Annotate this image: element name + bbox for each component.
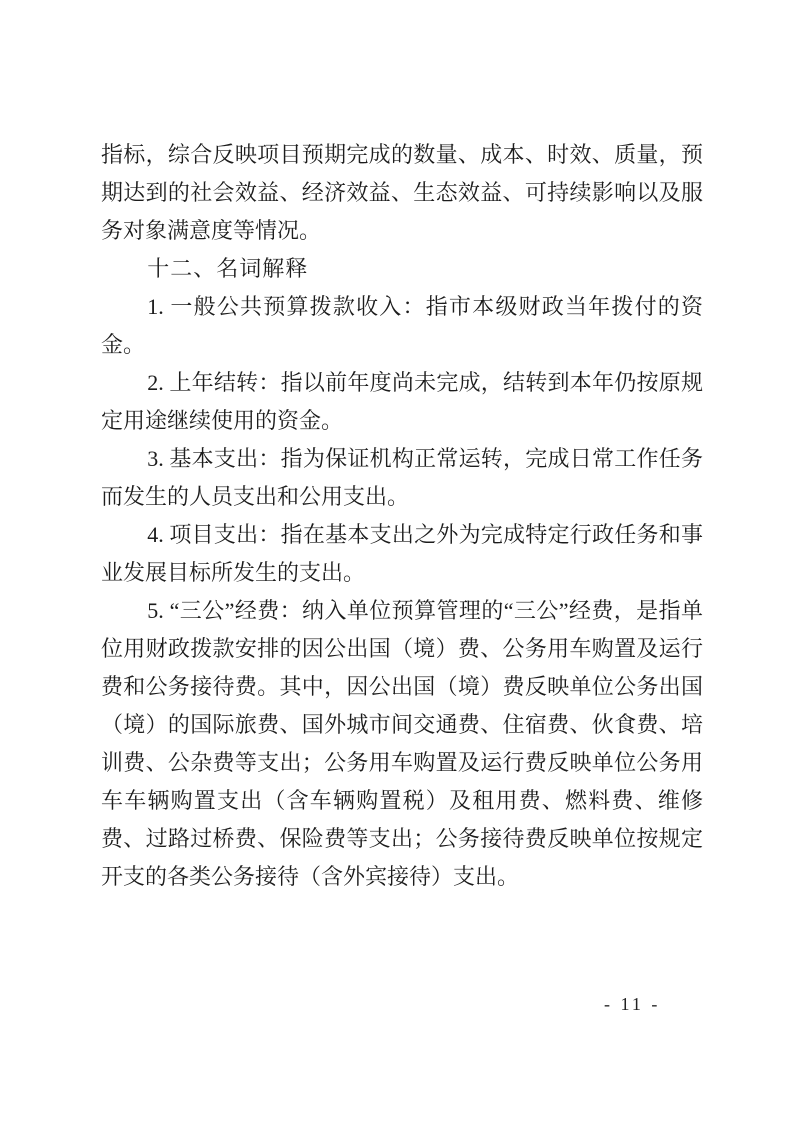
document-page: 指标，综合反映项目预期完成的数量、成本、时效、质量，预期达到的社会效益、经济效益… <box>0 0 793 1122</box>
term-item-1: 1. 一般公共预算拨款收入：指市本级财政当年拨付的资金。 <box>101 288 703 364</box>
term-item-2: 2. 上年结转：指以前年度尚未完成，结转到本年仍按原规定用途继续使用的资金。 <box>101 364 703 440</box>
page-number: - 11 - <box>604 994 660 1015</box>
term-item-5: 5. “三公”经费：纳入单位预算管理的“三公”经费，是指单位用财政拨款安排的因公… <box>101 592 703 896</box>
paragraph-continuation: 指标，综合反映项目预期完成的数量、成本、时效、质量，预期达到的社会效益、经济效益… <box>101 136 703 250</box>
term-item-3: 3. 基本支出：指为保证机构正常运转，完成日常工作任务而发生的人员支出和公用支出… <box>101 440 703 516</box>
document-body: 指标，综合反映项目预期完成的数量、成本、时效、质量，预期达到的社会效益、经济效益… <box>101 136 703 896</box>
section-heading: 十二、名词解释 <box>101 250 703 288</box>
term-item-4: 4. 项目支出：指在基本支出之外为完成特定行政任务和事业发展目标所发生的支出。 <box>101 516 703 592</box>
